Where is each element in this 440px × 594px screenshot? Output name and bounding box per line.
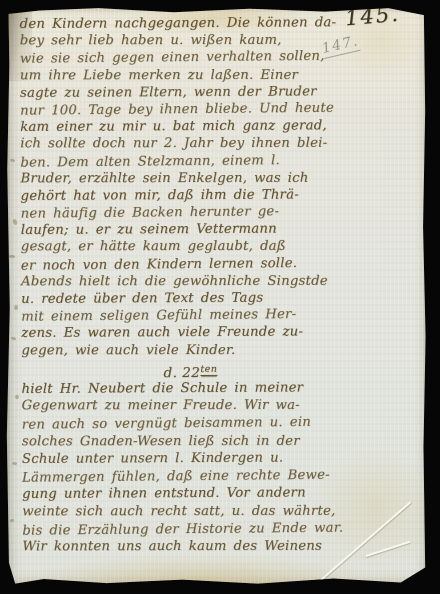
manuscript-line: den Kindern nachgegangen. Die können da- [20, 14, 360, 33]
manuscript-line: bis die Erzählung der Historie zu Ende w… [22, 519, 362, 540]
manuscript-line: Wir konnten uns auch kaum des Weinens [22, 538, 362, 556]
manuscript-line: nen häufig die Backen herunter ge- [21, 202, 361, 222]
ink-showthrough-mark [10, 158, 16, 163]
manuscript-line: ich sollte doch nur 2. Jahr bey ihnen bl… [20, 135, 360, 153]
manuscript-line: nur 100. Tage bey ihnen bliebe. Und heut… [20, 99, 360, 119]
manuscript-line: wie sie sich gegen einen verhalten solle… [20, 48, 360, 68]
manuscript-line: mit einem seligen Gefühl meines Her- [21, 306, 361, 326]
ink-showthrough-mark [12, 462, 18, 466]
manuscript-line: gesagt, er hätte kaum geglaubt, daß [21, 238, 361, 256]
manuscript-line: gung unter ihnen entstund. Vor andern [22, 484, 362, 503]
manuscript-line: hielt Hr. Neubert die Schule in meiner [21, 379, 361, 398]
manuscript-line: zens. Es waren auch viele Freunde zu- [21, 323, 361, 342]
manuscript-line: um ihre Liebe merken zu laßen. Einer [20, 66, 360, 84]
manuscript-line: gegen, wie auch viele Kinder. [21, 341, 361, 359]
date-heading-ordinal-superscript: ten [200, 364, 217, 377]
ink-showthrough-mark [14, 394, 20, 400]
date-heading-day: d. 22 [163, 365, 200, 381]
manuscript-line: Bruder, erzählte sein Enkelgen, was ich [20, 169, 360, 187]
paper-stain [36, 555, 366, 594]
scanned-manuscript-photo: 145. 147. den Kindern nachgegangen. Die … [0, 0, 440, 594]
date-heading: d. 22ten [21, 358, 361, 381]
ink-showthrough-mark [11, 336, 17, 341]
manuscript-line: ren auch so vergnügt beisammen u. ein [22, 413, 362, 434]
manuscript-line: Abends hielt ich die gewöhnliche Singstd… [21, 273, 361, 291]
ink-showthrough-mark [9, 255, 15, 259]
manuscript-line: weinte sich auch recht satt, u. das währ… [22, 503, 362, 521]
ink-showthrough-mark [13, 305, 18, 311]
manuscript-line: Schule unter unsern l. Kindergen u. [22, 449, 362, 468]
ink-showthrough-mark [10, 519, 14, 523]
manuscript-line: kam einer zu mir u. bat mich ganz gerad, [20, 117, 360, 136]
paper-crease [366, 541, 410, 557]
manuscript-line: Gegenwart zu meiner Freude. Wir wa- [22, 397, 362, 415]
manuscript-line: er noch von den Kindern lernen solle. [21, 254, 361, 274]
manuscript-line: laufen; u. er zu seinem Vettermann [21, 220, 361, 239]
manuscript-paragraph-1: den Kindern nachgegangen. Die können da-… [20, 14, 362, 360]
manuscript-line: Lämmergen fühlen, daß eine rechte Bewe- [22, 466, 362, 487]
manuscript-line: ben. Dem alten Stelzmann, einem l. [20, 151, 360, 171]
manuscript-page: 145. 147. den Kindern nachgegangen. Die … [6, 7, 426, 586]
ink-showthrough-mark [12, 218, 18, 225]
manuscript-line: solches Gnaden-Wesen ließ sich in der [22, 432, 362, 450]
manuscript-paragraph-2: hielt Hr. Neubert die Schule in meiner G… [21, 379, 362, 557]
manuscript-text: den Kindern nachgegangen. Die können da-… [20, 14, 363, 556]
